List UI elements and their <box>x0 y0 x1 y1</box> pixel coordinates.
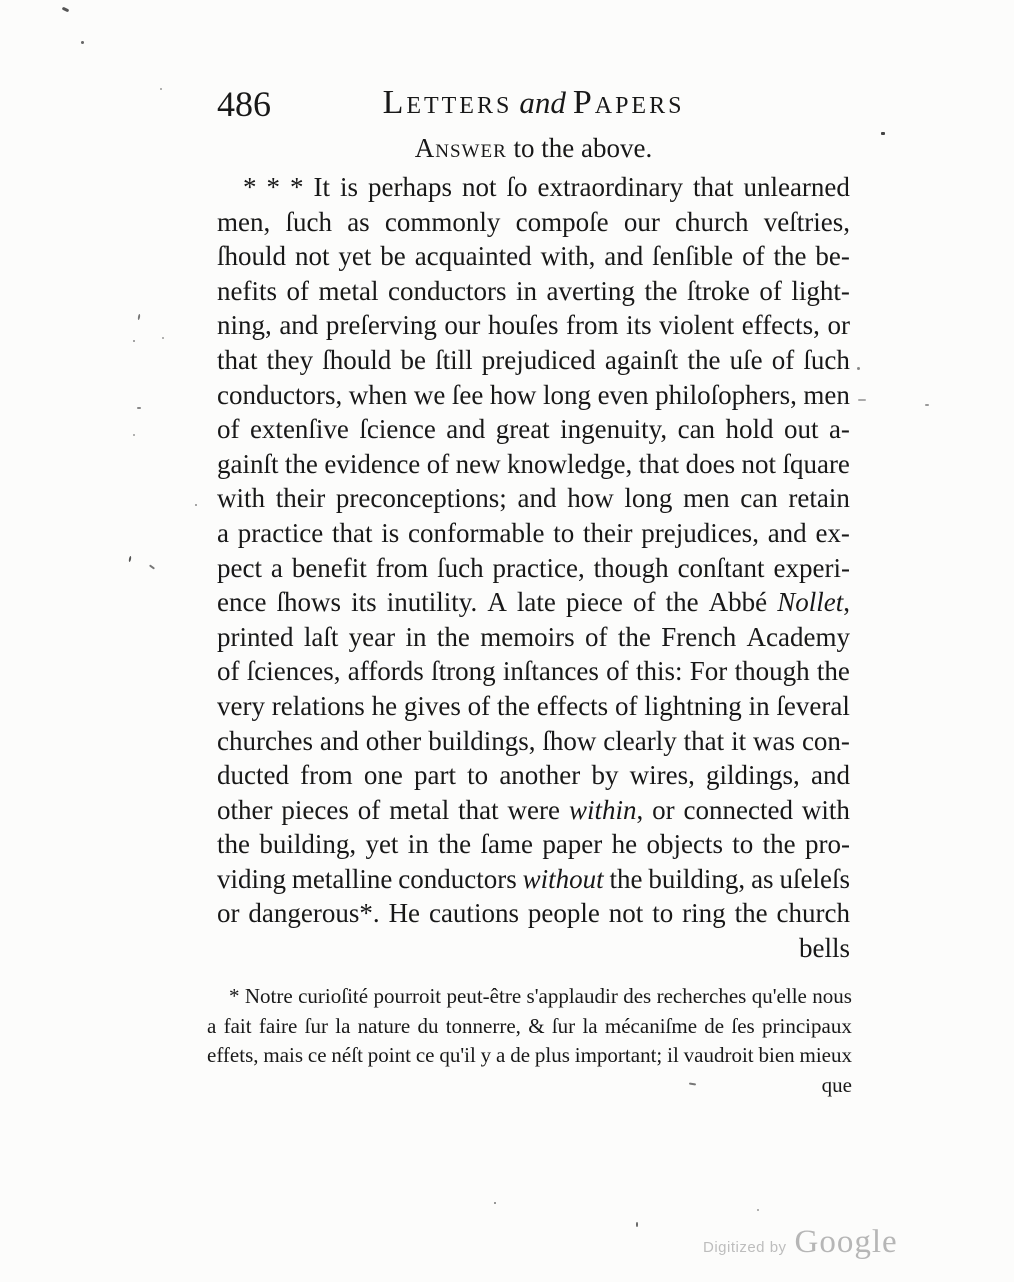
running-head-word: Papers <box>573 84 685 121</box>
footnote: *Notrecurioſitépourroitpeut-êtres'applau… <box>207 982 852 1100</box>
body-line: bells <box>217 931 850 966</box>
body-line: vidingmetallineconductorswithoutthebuild… <box>217 862 850 897</box>
body-line: conductors,whenweſeehowlongevenphiloſoph… <box>217 378 850 413</box>
section-heading: Answer to the above. <box>217 135 850 162</box>
scan-speck <box>133 340 135 342</box>
scan-speck <box>162 337 164 339</box>
scan-speck <box>160 88 162 90</box>
body-line: men,ſuchascommonlycompoſeourchurchveſtri… <box>217 205 850 240</box>
scan-speck <box>636 1222 638 1227</box>
scan-speck <box>149 564 155 569</box>
scan-speck <box>81 41 84 44</box>
scan-speck <box>494 1202 496 1204</box>
scan-speck <box>881 132 885 135</box>
body-line: otherpiecesofmetalthatwerewithin,orconne… <box>217 793 850 828</box>
footnote-line: effets,maiscenéſtpointcequ'ilyadeplusimp… <box>207 1041 852 1071</box>
body-line: ofextenſiveſcienceandgreatingenuity,canh… <box>217 412 850 447</box>
scan-speck <box>137 314 140 320</box>
section-heading-smallcaps: Answer <box>415 133 507 163</box>
footnote-line: *Notrecurioſitépourroitpeut-êtres'applau… <box>207 982 852 1012</box>
body-line: churchesandotherbuildings,ſhowclearlytha… <box>217 724 850 759</box>
footnote-line: afaitfaireſurlanaturedutonnerre,&ſurlamé… <box>207 1012 852 1042</box>
watermark: Digitized by Google <box>703 1224 898 1261</box>
body-line: ning,andpreſervingourhouſesfromitsviolen… <box>217 308 850 343</box>
body-line: ***Itisperhapsnotſoextraordinarythatunle… <box>217 170 850 205</box>
scanned-book-page: 486 LettersandPapers Answer to the above… <box>0 0 1014 1282</box>
section-heading-rest: to the above. <box>507 133 652 163</box>
scan-speck <box>757 1209 759 1211</box>
running-head-and: and <box>519 85 566 120</box>
body-line: ordangerous*.Hecautionspeoplenottoringth… <box>217 896 850 931</box>
body-line: apracticethatisconformabletotheirprejudi… <box>217 516 850 551</box>
running-head: LettersandPapers <box>217 86 850 120</box>
scan-speck <box>925 404 929 406</box>
body-line: nefitsofmetalconductorsinavertingtheſtro… <box>217 274 850 309</box>
scan-speck <box>137 407 141 409</box>
scan-speck <box>858 399 866 401</box>
body-line: enceſhowsitsinutility.AlatepieceoftheAbb… <box>217 585 850 620</box>
body-line: ductedfromoneparttoanotherbywires,gildin… <box>217 758 850 793</box>
scan-speck <box>857 367 860 370</box>
body-line: withtheirpreconceptions;andhowlongmencan… <box>217 481 850 516</box>
google-logo: Google <box>795 1224 898 1261</box>
body-line: gainſttheevidenceofnewknowledge,thatdoes… <box>217 447 850 482</box>
body-line: printedlaſtyearinthememoirsoftheFrenchAc… <box>217 620 850 655</box>
body-line: thebuilding,yetintheſamepaperheobjectsto… <box>217 827 850 862</box>
running-head-word: Letters <box>383 84 513 121</box>
scan-speck <box>195 504 197 506</box>
body-line: thattheyſhouldbeſtillprejudicedagainſtth… <box>217 343 850 378</box>
digitized-by-label: Digitized by <box>703 1239 787 1256</box>
footnote-line: que <box>207 1071 852 1101</box>
body-line: pectabenefitfromſuchpractice,thoughconſt… <box>217 551 850 586</box>
body-text: ***Itisperhapsnotſoextraordinarythatunle… <box>217 170 850 966</box>
body-line: ſhouldnotyetbeacquaintedwith,andſenſible… <box>217 239 850 274</box>
scan-speck <box>133 434 135 436</box>
body-line: ofſciences,affordsſtronginſtancesofthis:… <box>217 654 850 689</box>
body-line: veryrelationshegivesoftheeffectsoflightn… <box>217 689 850 724</box>
scan-speck <box>128 556 131 562</box>
scan-speck <box>62 7 70 13</box>
